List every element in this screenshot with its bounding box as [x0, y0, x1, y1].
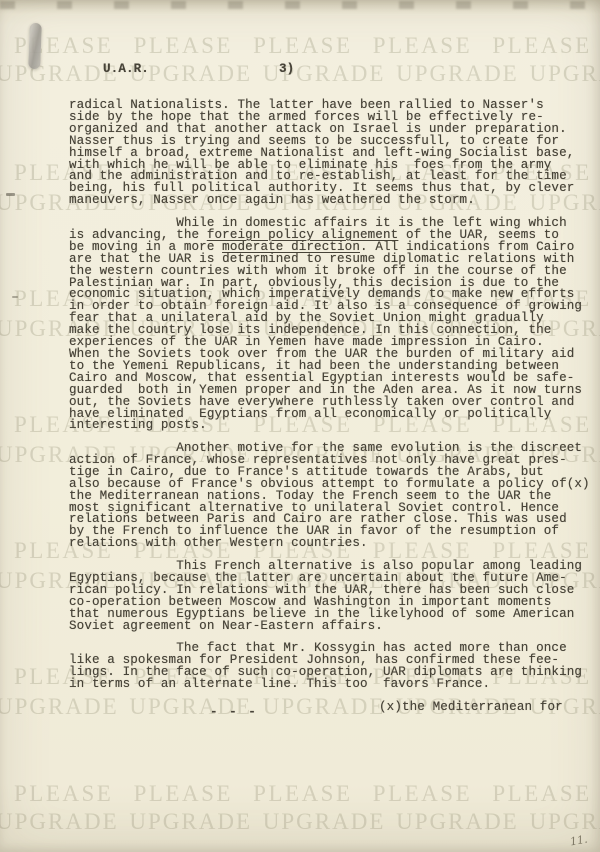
watermark-upgrade-row: UPGRADE UPGRADE UPGRADE UPGRADE UPGRADE	[0, 809, 600, 835]
paragraph-4: This French alternative is also popular …	[69, 561, 582, 632]
scanned-document-page: PLEASE PLEASE PLEASE PLEASE PLEASE UPGRA…	[0, 0, 600, 852]
footnote-text: (x)the Mediterranean for	[379, 702, 563, 714]
paragraph-2-text: . All indications from Cairo are that th…	[69, 240, 582, 433]
scan-edge-ghost-marks	[0, 1, 600, 9]
margin-speck	[6, 193, 15, 196]
pencil-page-mark: 11.	[569, 833, 588, 849]
paragraph-1: radical Nationalists. The latter have be…	[69, 100, 574, 207]
end-separator-dashes: - - -	[210, 707, 258, 719]
paragraph-5: The fact that Mr. Kossygin has acted mor…	[69, 643, 582, 691]
paragraph-2: While in domestic affairs it is the left…	[69, 218, 582, 432]
paragraph-3: Another motive for the same evolution is…	[69, 443, 590, 550]
watermark-please-row: PLEASE PLEASE PLEASE PLEASE PLEASE	[14, 781, 600, 807]
staple-mark	[28, 23, 42, 69]
document-title: U.A.R.	[103, 64, 149, 76]
watermark-please-row: PLEASE PLEASE PLEASE PLEASE PLEASE	[14, 33, 600, 59]
watermark-upgrade-row: UPGRADE UPGRADE UPGRADE UPGRADE UPGRADE	[0, 61, 600, 87]
margin-speck	[12, 296, 18, 298]
page-number: 3)	[279, 64, 294, 76]
